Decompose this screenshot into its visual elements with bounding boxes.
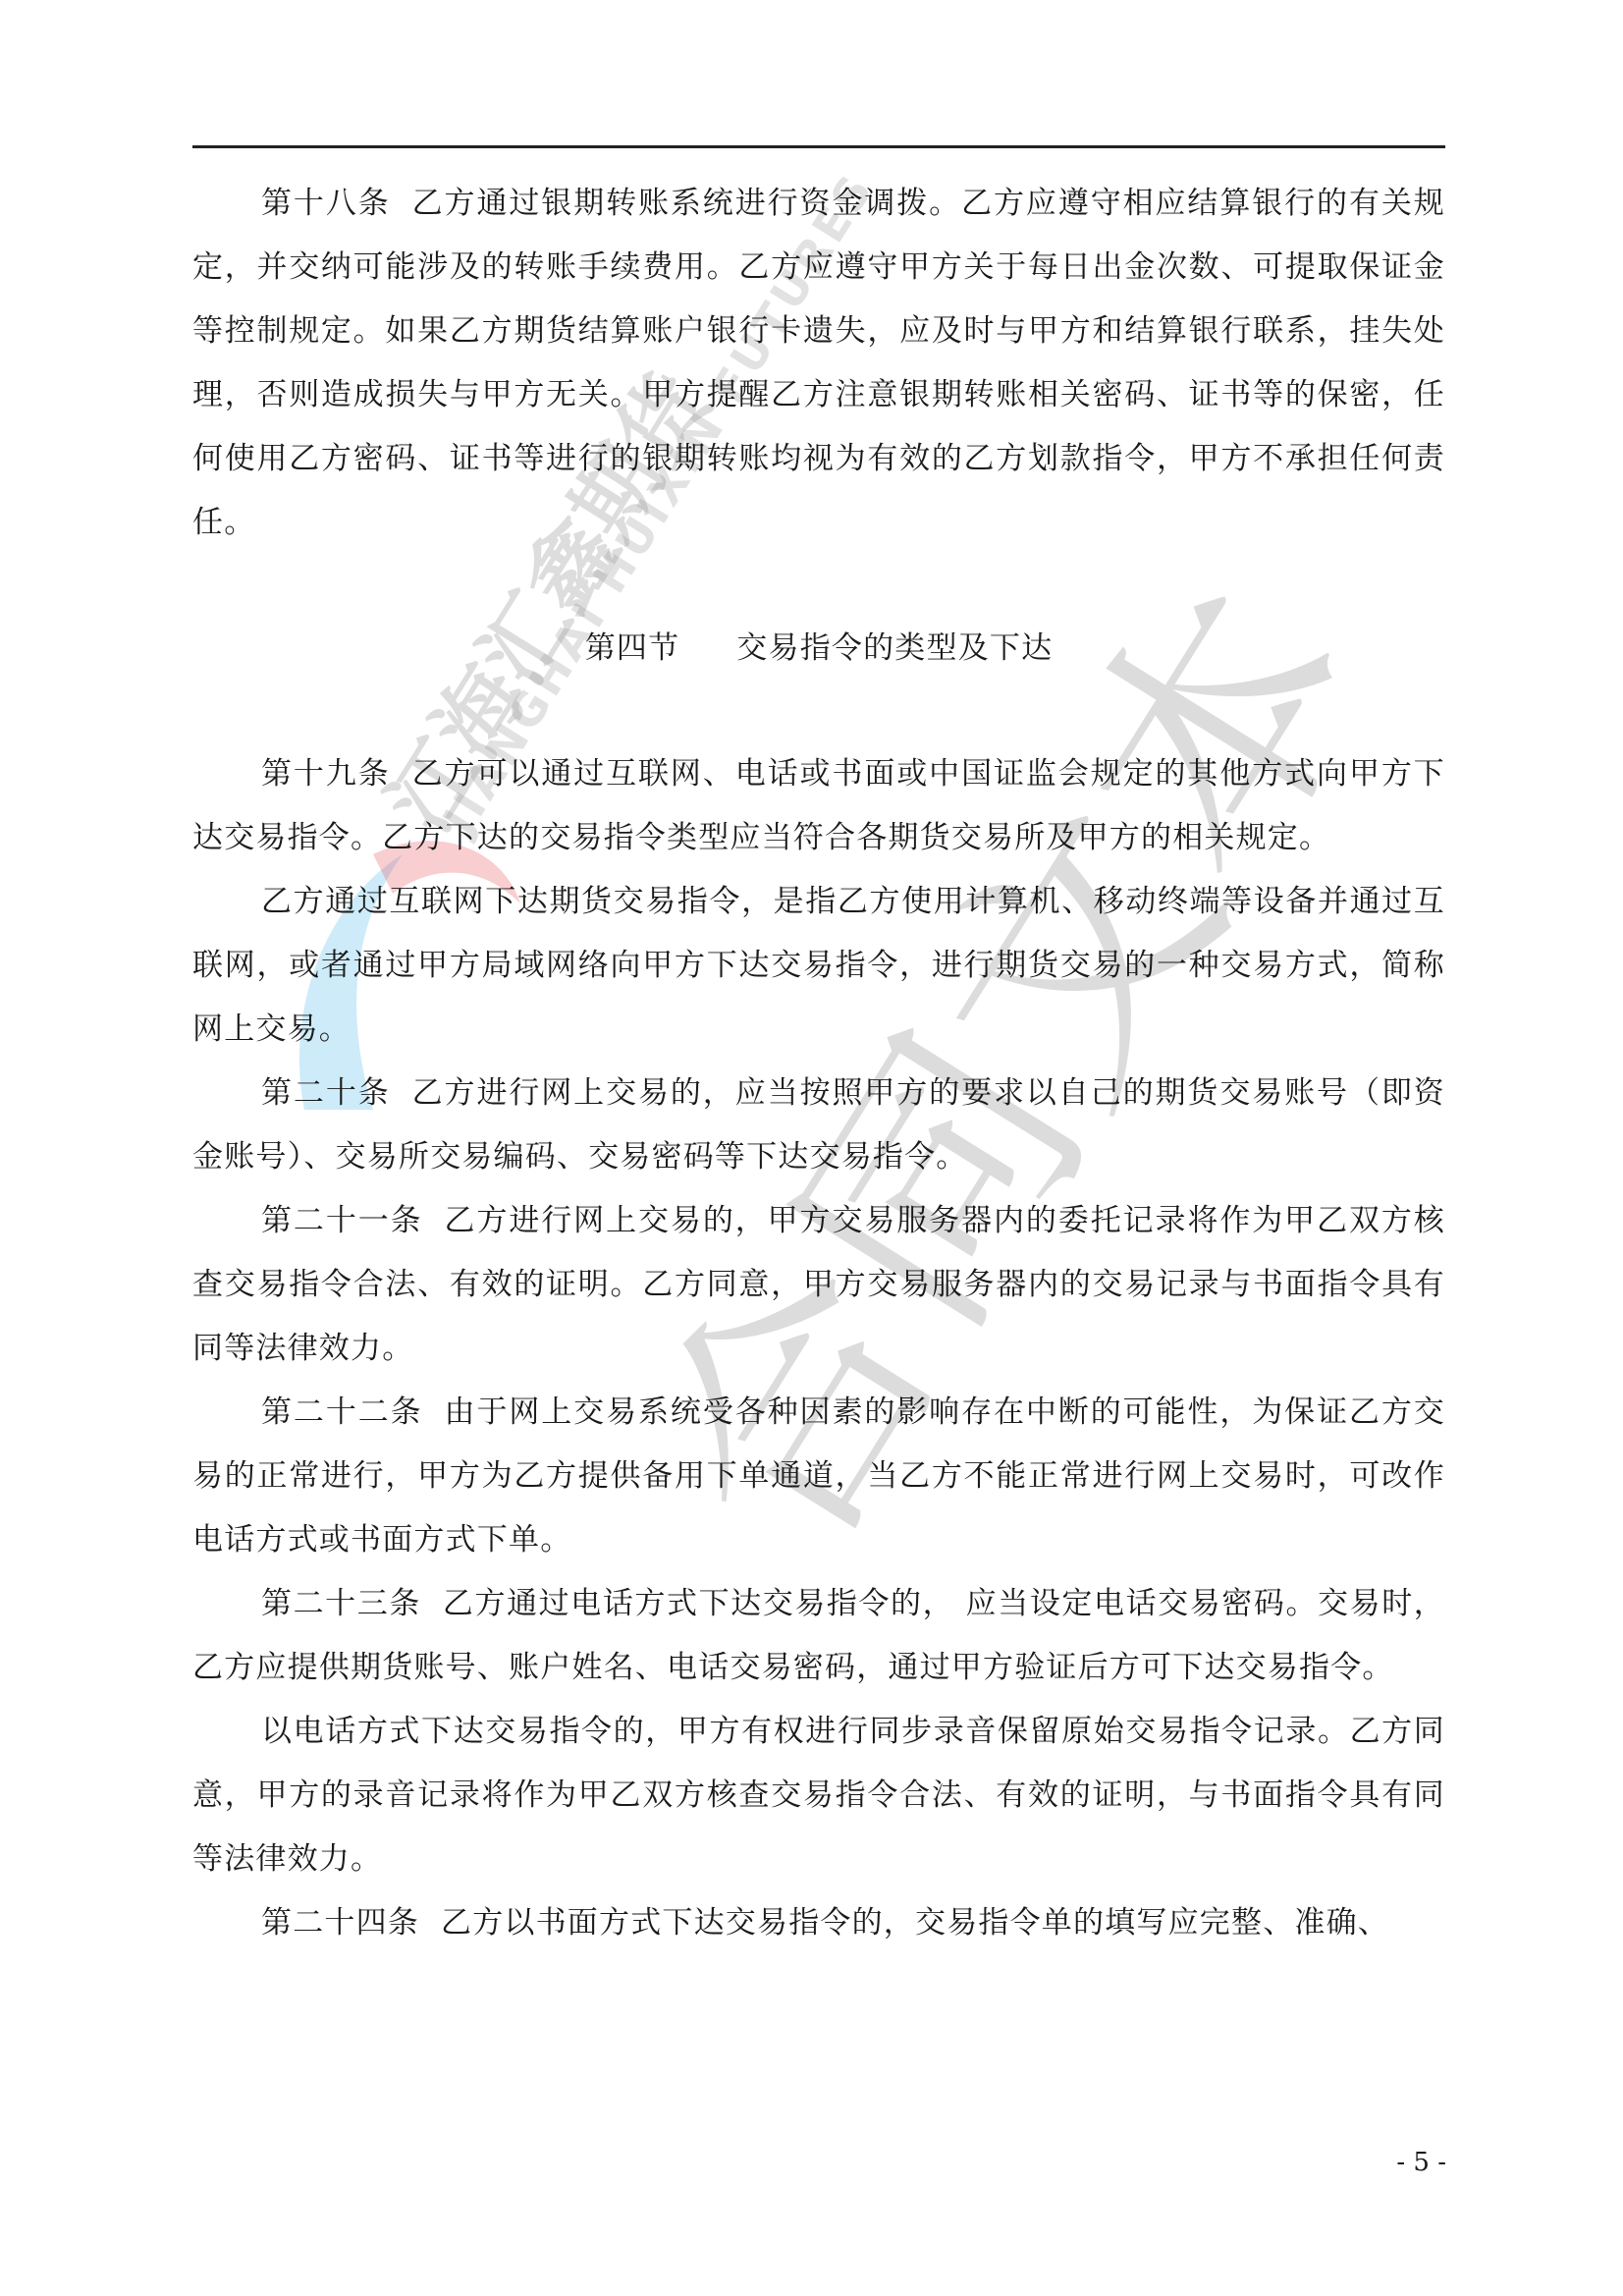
article-23: 第二十三条乙方通过电话方式下达交易指令的， 应当设定电话交易密码。交易时，乙方应…	[192, 1572, 1445, 1700]
section-title: 交易指令的类型及下达	[736, 630, 1053, 666]
article-21: 第二十一条乙方进行网上交易的，甲方交易服务器内的委托记录将作为甲乙双方核查交易指…	[192, 1189, 1445, 1381]
article-number: 第二十二条	[261, 1394, 423, 1430]
article-number: 第二十一条	[261, 1203, 423, 1238]
article-18: 第十八条乙方通过银期转账系统进行资金调拨。乙方应遵守相应结算银行的有关规定，并交…	[192, 172, 1445, 555]
article-text: 乙方以书面方式下达交易指令的，交易指令单的填写应完整、准确、	[441, 1905, 1389, 1941]
article-number: 第十八条	[261, 186, 391, 221]
section-heading: 第四节交易指令的类型及下达	[192, 617, 1445, 681]
article-number: 第二十三条	[261, 1586, 421, 1621]
paragraph-phone-recording: 以电话方式下达交易指令的，甲方有权进行同步录音保留原始交易指令记录。乙方同意，甲…	[192, 1700, 1445, 1891]
article-24: 第二十四条乙方以书面方式下达交易指令的，交易指令单的填写应完整、准确、	[192, 1891, 1445, 1955]
paragraph-text: 乙方通过互联网下达期货交易指令，是指乙方使用计算机、移动终端等设备并通过互联网，…	[192, 884, 1445, 1047]
article-22: 第二十二条由于网上交易系统受各种因素的影响存在中断的可能性，为保证乙方交易的正常…	[192, 1381, 1445, 1572]
article-number: 第十九条	[261, 756, 391, 792]
paragraph-internet-trading: 乙方通过互联网下达期货交易指令，是指乙方使用计算机、移动终端等设备并通过互联网，…	[192, 870, 1445, 1062]
page-number: - 5 -	[1396, 2148, 1446, 2177]
article-20: 第二十条乙方进行网上交易的，应当按照甲方的要求以自己的期货交易账号（即资金账号）…	[192, 1062, 1445, 1189]
article-number: 第二十四条	[261, 1905, 419, 1941]
article-number: 第二十条	[261, 1075, 391, 1111]
paragraph-text: 以电话方式下达交易指令的，甲方有权进行同步录音保留原始交易指令记录。乙方同意，甲…	[192, 1714, 1445, 1877]
document-body: 第十八条乙方通过银期转账系统进行资金调拨。乙方应遵守相应结算银行的有关规定，并交…	[192, 172, 1445, 1955]
section-number: 第四节	[585, 630, 680, 666]
article-19: 第十九条乙方可以通过互联网、电话或书面或中国证监会规定的其他方式向甲方下达交易指…	[192, 742, 1445, 870]
article-text: 乙方通过银期转账系统进行资金调拨。乙方应遵守相应结算银行的有关规定，并交纳可能涉…	[192, 186, 1445, 540]
header-rule	[192, 145, 1445, 148]
